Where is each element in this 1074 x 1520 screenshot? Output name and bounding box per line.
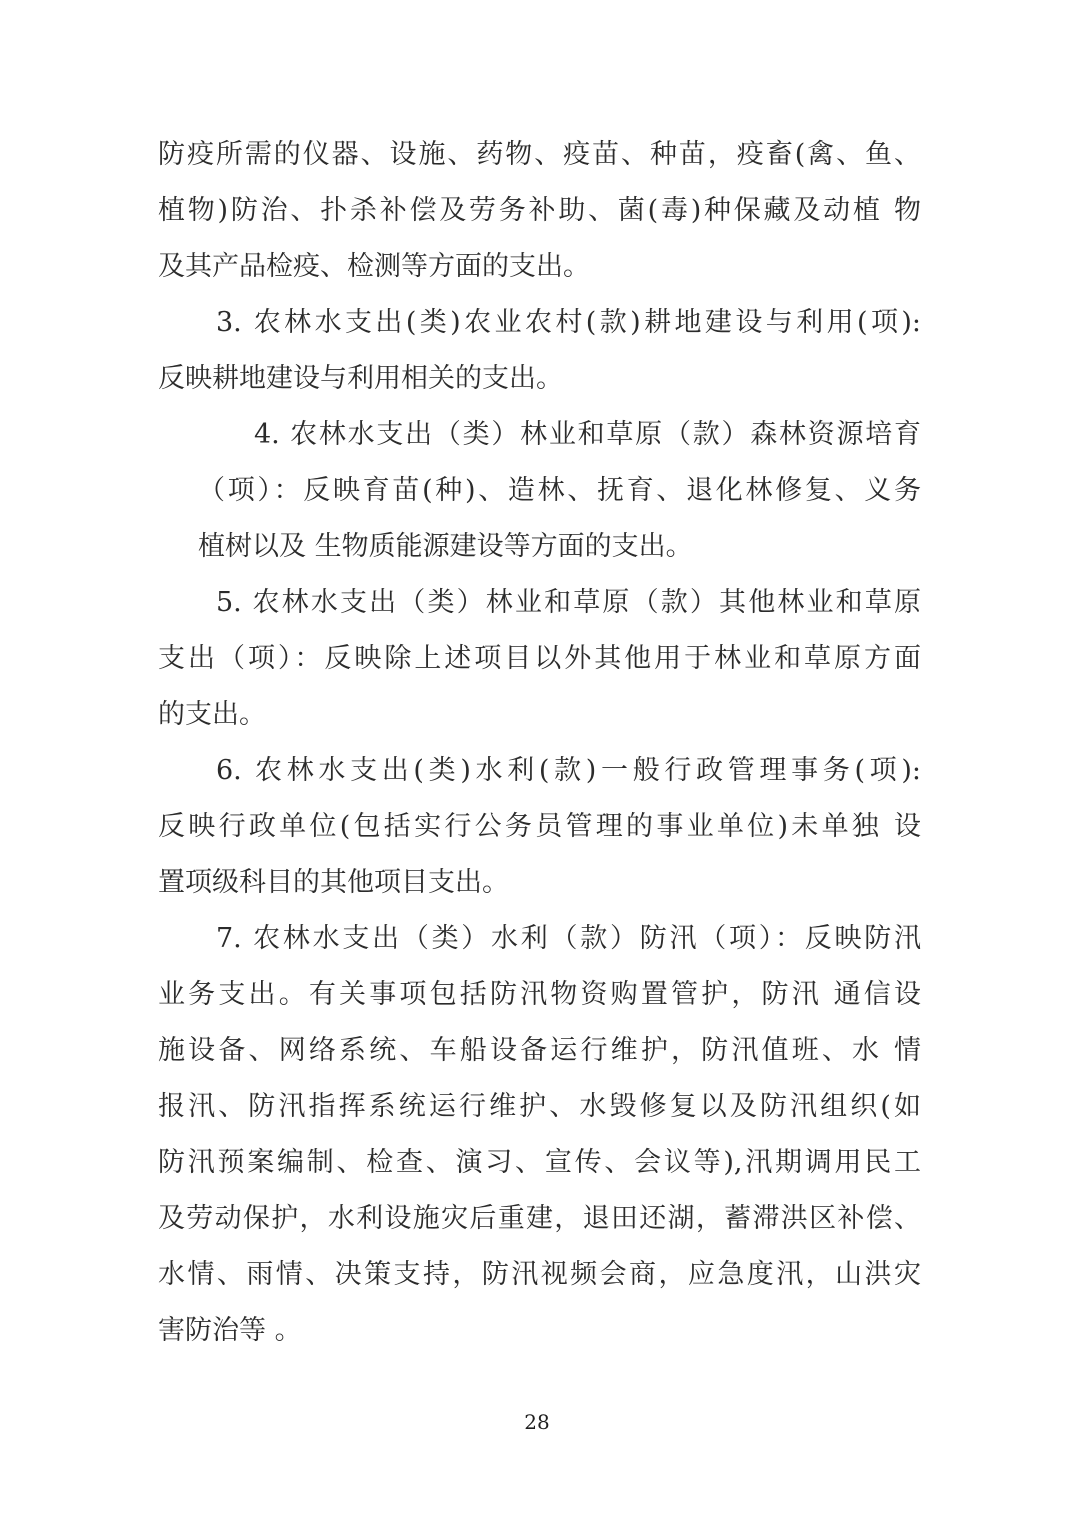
text-line: 5. 农林水支出（类）林业和草原（款）其他林业和草原 [158,575,921,631]
text-line: 施设备、网络系统、车船设备运行维护，防汛值班、水 情 [158,1023,921,1079]
text-line: 反映耕地建设与利用相关的支出。 [158,351,921,407]
paragraph-item-6: 6. 农林水支出(类)水利(款)一般行政管理事务(项): 反映行政单位(包括实行… [158,743,921,911]
text-line: 4. 农林水支出（类）林业和草原（款）森林资源培育 [158,407,921,463]
text-line: 植树以及 生物质能源建设等方面的支出。 [158,519,921,575]
document-body: 防疫所需的仪器、设施、药物、疫苗、种苗，疫畜(禽、鱼、 植物)防治、扑杀补偿及劳… [158,127,921,1359]
text-line: 植物)防治、扑杀补偿及劳务补助、菌(毒)种保藏及动植 物 [158,183,921,239]
document-page: 防疫所需的仪器、设施、药物、疫苗、种苗，疫畜(禽、鱼、 植物)防治、扑杀补偿及劳… [0,0,1074,1520]
paragraph-item-7: 7. 农林水支出（类）水利（款）防汛（项）：反映防汛 业务支出。有关事项包括防汛… [158,911,921,1359]
text-line: 反映行政单位(包括实行公务员管理的事业单位)未单独 设 [158,799,921,855]
text-line: 及劳动保护，水利设施灾后重建，退田还湖，蓄滞洪区补偿、 [158,1191,921,1247]
paragraph-item-4: 4. 农林水支出（类）林业和草原（款）森林资源培育 （项）：反映育苗(种)、造林… [158,407,921,575]
text-line: 水情、雨情、决策支持，防汛视频会商，应急度汛，山洪灾 [158,1247,921,1303]
paragraph-animal-epidemic: 防疫所需的仪器、设施、药物、疫苗、种苗，疫畜(禽、鱼、 植物)防治、扑杀补偿及劳… [158,127,921,295]
text-line: 报汛、防汛指挥系统运行维护、水毁修复以及防汛组织(如 [158,1079,921,1135]
text-line: 防疫所需的仪器、设施、药物、疫苗、种苗，疫畜(禽、鱼、 [158,127,921,183]
text-line: （项）：反映育苗(种)、造林、抚育、退化林修复、义务 [158,463,921,519]
text-line: 置项级科目的其他项目支出。 [158,855,921,911]
text-line: 3. 农林水支出(类)农业农村(款)耕地建设与利用(项): [158,295,921,351]
text-line: 的支出。 [158,687,921,743]
text-line: 6. 农林水支出(类)水利(款)一般行政管理事务(项): [158,743,921,799]
paragraph-item-3: 3. 农林水支出(类)农业农村(款)耕地建设与利用(项): 反映耕地建设与利用相… [158,295,921,407]
text-line: 防汛预案编制、检查、演习、宣传、会议等),汛期调用民工 [158,1135,921,1191]
text-line: 业务支出。有关事项包括防汛物资购置管护，防汛 通信设 [158,967,921,1023]
text-line: 7. 农林水支出（类）水利（款）防汛（项）：反映防汛 [158,911,921,967]
text-line: 害防治等 。 [158,1303,921,1359]
paragraph-item-5: 5. 农林水支出（类）林业和草原（款）其他林业和草原 支出（项）：反映除上述项目… [158,575,921,743]
page-number: 28 [0,1408,1074,1436]
text-line: 及其产品检疫、检测等方面的支出。 [158,239,921,295]
text-line: 支出（项）：反映除上述项目以外其他用于林业和草原方面 [158,631,921,687]
